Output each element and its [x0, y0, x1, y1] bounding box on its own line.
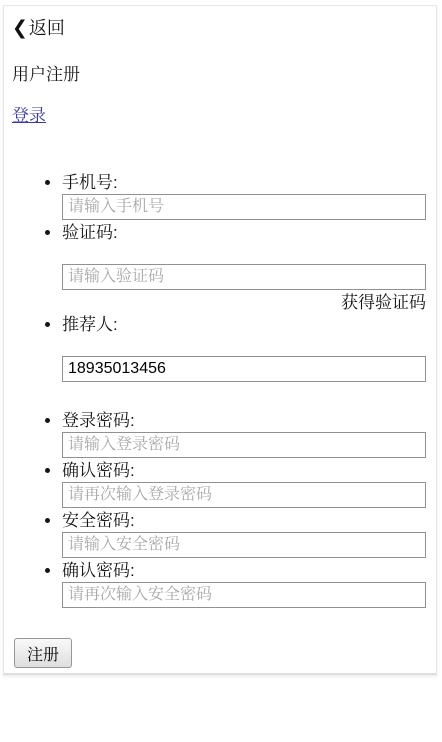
field-input-wrap: [62, 264, 426, 290]
back-chevron-icon: ❮: [12, 18, 28, 39]
field-input-wrap: [62, 194, 426, 220]
phone-input[interactable]: [62, 194, 426, 220]
form-field: 安全密码:: [62, 510, 426, 558]
field-label: 手机号:: [62, 172, 426, 194]
field-label: 推荐人:: [62, 314, 426, 336]
form-field: 登录密码:: [62, 410, 426, 458]
form-field: 推荐人:: [62, 314, 426, 382]
referrer-input[interactable]: [62, 356, 426, 382]
registration-field-list: 手机号: 验证码: 获得验证码 推荐人: 登录密码: 确认密码: 安全密: [12, 172, 426, 608]
back-button-label: 返回: [29, 18, 65, 38]
field-label: 确认密码:: [62, 460, 426, 482]
form-field: 验证码: 获得验证码: [62, 222, 426, 314]
page-title: 用户注册: [12, 64, 426, 85]
register-button[interactable]: 注册: [14, 638, 72, 668]
confirm-login-password-input[interactable]: [62, 482, 426, 508]
login-password-input[interactable]: [62, 432, 426, 458]
back-button[interactable]: ❮返回: [12, 18, 65, 39]
field-label: 确认密码:: [62, 560, 426, 582]
field-input-wrap: [62, 356, 426, 382]
confirm-security-password-input[interactable]: [62, 582, 426, 608]
field-input-wrap: [62, 432, 426, 458]
field-label: 验证码:: [62, 222, 426, 244]
form-field: 确认密码:: [62, 560, 426, 608]
verification-code-input[interactable]: [62, 264, 426, 290]
form-field: 确认密码:: [62, 460, 426, 508]
security-password-input[interactable]: [62, 532, 426, 558]
field-label: 登录密码:: [62, 410, 426, 432]
registration-panel: ❮返回 用户注册 登录 手机号: 验证码: 获得验证码 推荐人: 登录密码: 确…: [3, 5, 437, 675]
field-input-wrap: [62, 482, 426, 508]
get-code-button[interactable]: 获得验证码: [62, 292, 426, 314]
form-field: 手机号:: [62, 172, 426, 220]
login-link[interactable]: 登录: [12, 105, 46, 126]
field-label: 安全密码:: [62, 510, 426, 532]
field-input-wrap: [62, 582, 426, 608]
field-input-wrap: [62, 532, 426, 558]
